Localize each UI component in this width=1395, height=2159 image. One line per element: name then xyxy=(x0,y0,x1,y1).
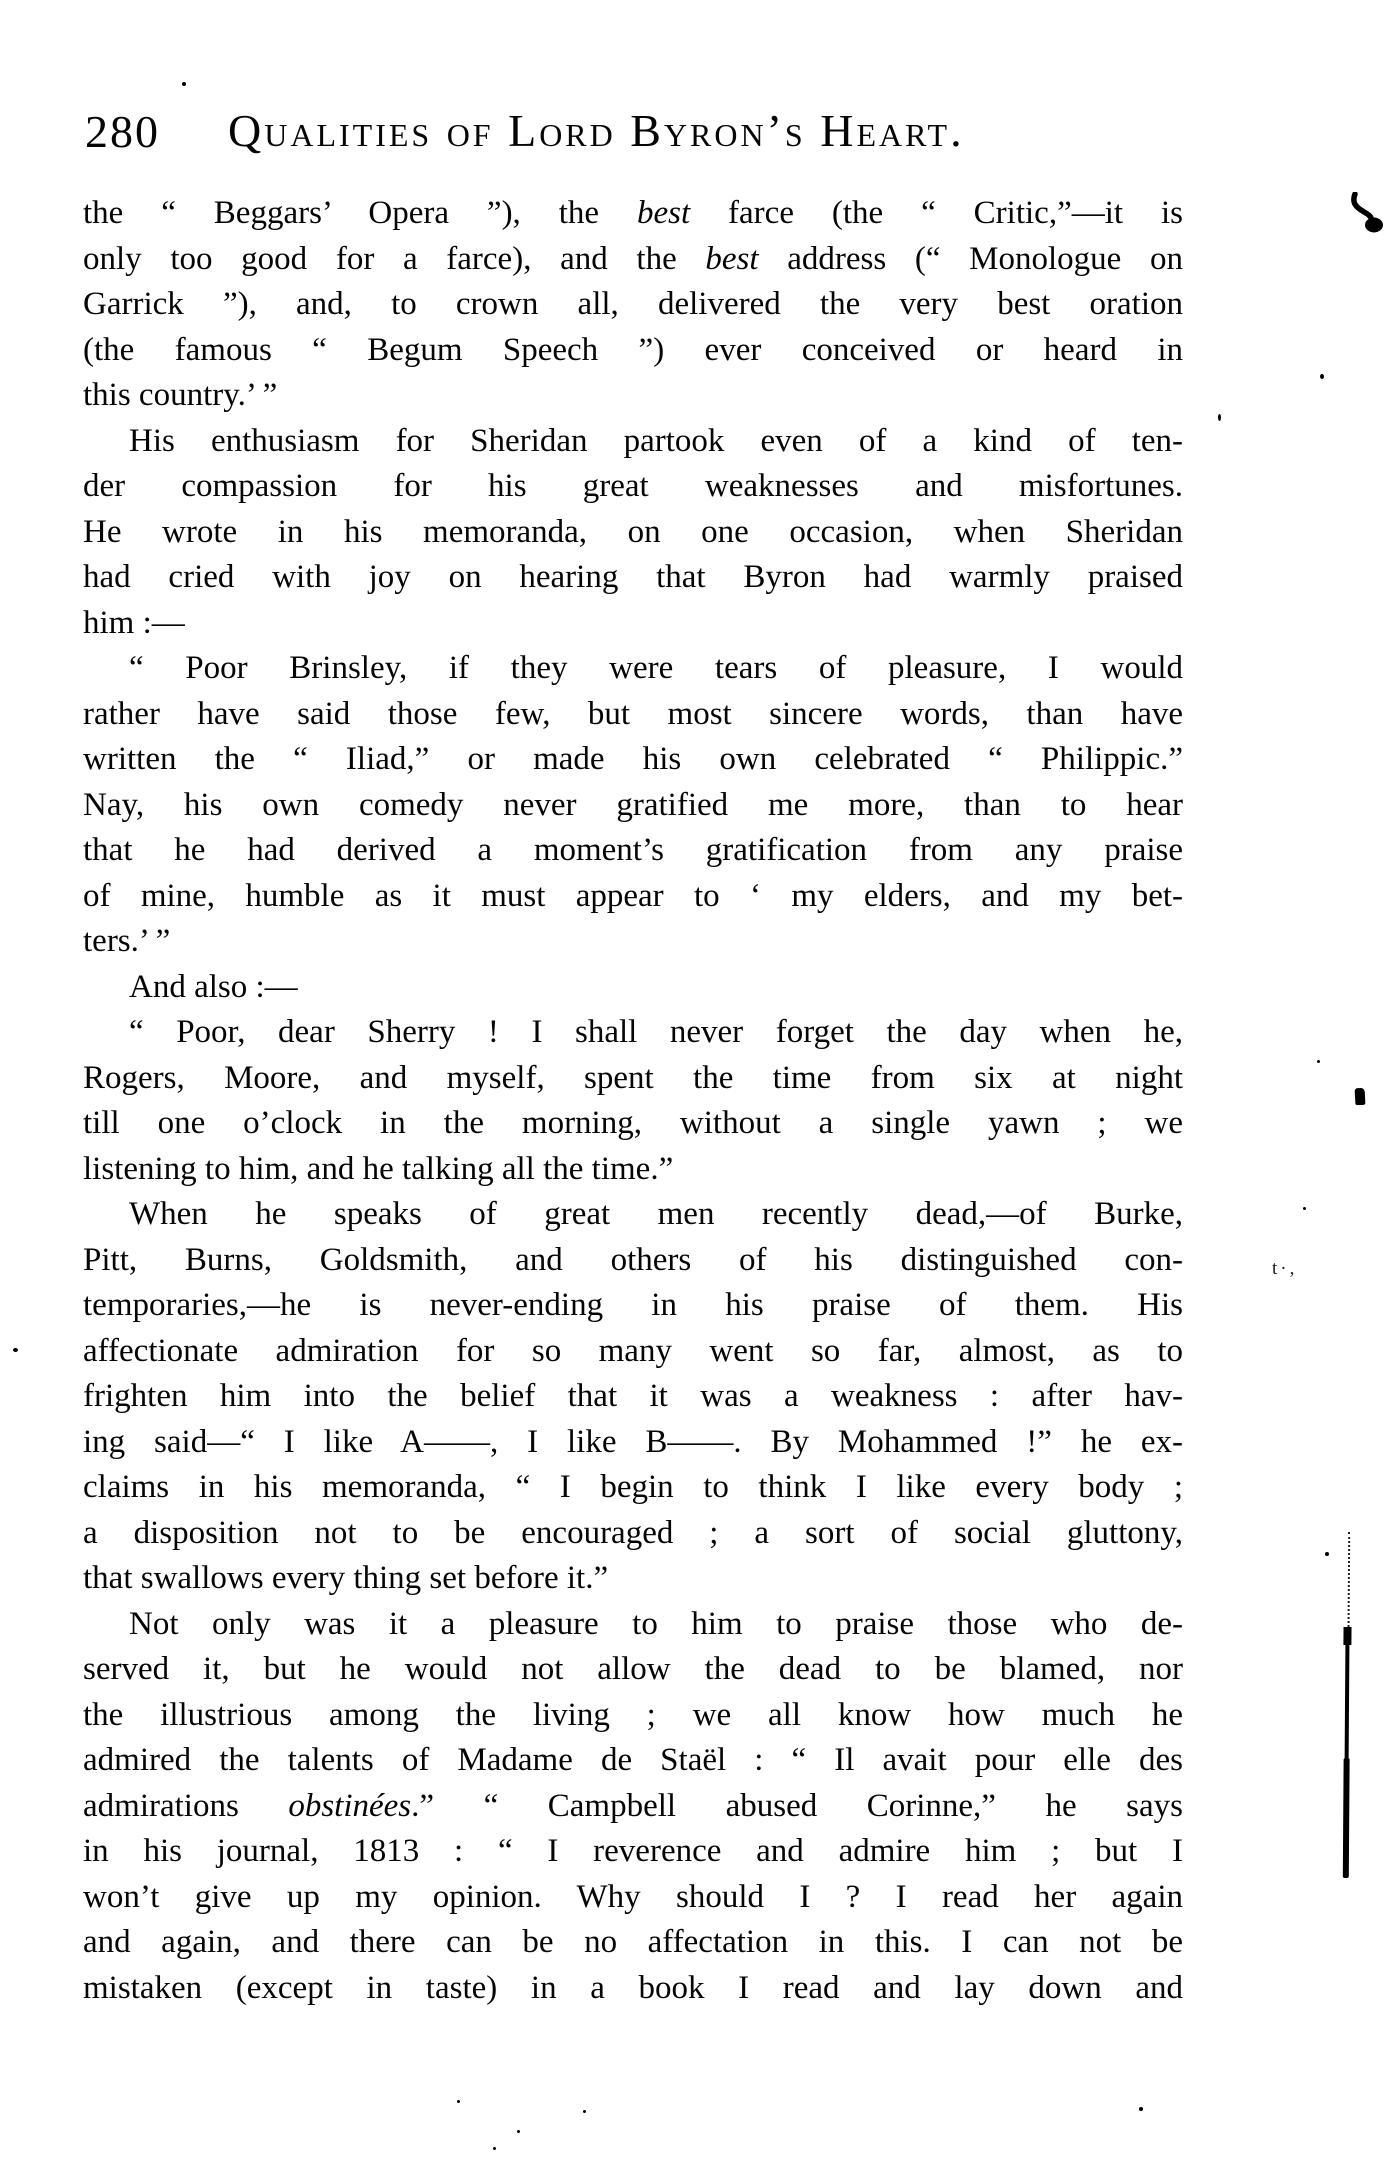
body-line: had cried with joy on hearing that Byron… xyxy=(83,555,1183,601)
text-segment: When he speaks of great men recently dea… xyxy=(129,1196,1183,1232)
text-segment: rather have said those few, but most sin… xyxy=(83,696,1183,732)
pen-comma-mark xyxy=(1355,1088,1366,1106)
body-line: Rogers, Moore, and myself, spent the tim… xyxy=(83,1056,1183,1102)
body-line: the illustrious among the living ; we al… xyxy=(83,1693,1183,1739)
text-segment: Not only was it a pleasure to him to pra… xyxy=(129,1606,1183,1642)
book-page: 280 Qualities of Lord Byron’s Heart. the… xyxy=(0,0,1395,2159)
text-segment: admired the talents of Madame de Staël :… xyxy=(83,1742,1183,1778)
body-line: a disposition not to be encouraged ; a s… xyxy=(83,1511,1183,1557)
text-segment: till one o’clock in the morning, without… xyxy=(83,1105,1183,1141)
ink-speck xyxy=(182,82,186,86)
body-line: of mine, humble as it must appear to ‘ m… xyxy=(83,874,1183,920)
text-segment: him :— xyxy=(83,605,185,641)
text-segment: “ Poor, dear Sherry ! I shall never forg… xyxy=(129,1014,1183,1050)
text-segment: der compassion for his great weaknesses … xyxy=(83,468,1183,504)
text-segment: that he had derived a moment’s gratifica… xyxy=(83,832,1183,868)
body-line: admired the talents of Madame de Staël :… xyxy=(83,1738,1183,1784)
text-segment: affectionate admiration for so many went… xyxy=(83,1333,1183,1369)
body-line: frighten him into the belief that it was… xyxy=(83,1374,1183,1420)
text-segment: of mine, humble as it must appear to ‘ m… xyxy=(83,878,1183,914)
italic-text: best xyxy=(637,195,690,231)
text-segment: address (“ Monologue on xyxy=(759,241,1183,277)
text-segment: He wrote in his memoranda, on one occasi… xyxy=(83,514,1183,550)
ink-speck xyxy=(517,2130,520,2133)
ink-streak-segment xyxy=(1343,1758,1350,1878)
body-line: When he speaks of great men recently dea… xyxy=(83,1192,1183,1238)
text-segment: Pitt, Burns, Goldsmith, and others of hi… xyxy=(83,1242,1183,1278)
text-segment: the illustrious among the living ; we al… xyxy=(83,1697,1183,1733)
pen-scribble: t·, xyxy=(1272,1258,1297,1280)
page-number: 280 xyxy=(85,108,160,156)
body-line: mistaken (except in taste) in a book I r… xyxy=(83,1966,1183,2012)
text-segment: mistaken (except in taste) in a book I r… xyxy=(83,1970,1183,2006)
text-segment: served it, but he would not allow the de… xyxy=(83,1651,1183,1687)
body-line: der compassion for his great weaknesses … xyxy=(83,464,1183,510)
body-line: Garrick ”), and, to crown all, delivered… xyxy=(83,282,1183,328)
text-segment: written the “ Iliad,” or made his own ce… xyxy=(83,741,1183,777)
body-line: that swallows every thing set before it.… xyxy=(83,1556,1183,1602)
text-segment: that swallows every thing set before it.… xyxy=(83,1560,608,1596)
text-segment: “ Poor Brinsley, if they were tears of p… xyxy=(129,650,1183,686)
body-line: listening to him, and he talking all the… xyxy=(83,1147,1183,1193)
ink-streak-segment xyxy=(1343,1627,1351,1645)
body-line: claims in his memoranda, “ I begin to th… xyxy=(83,1465,1183,1511)
text-segment: admirations xyxy=(83,1788,288,1824)
body-line: ing said—“ I like A——, I like B——. By Mo… xyxy=(83,1420,1183,1466)
body-line: written the “ Iliad,” or made his own ce… xyxy=(83,737,1183,783)
text-segment: Rogers, Moore, and myself, spent the tim… xyxy=(83,1060,1183,1096)
italic-text: best xyxy=(705,241,758,277)
body-line: His enthusiasm for Sheridan partook even… xyxy=(83,419,1183,465)
body-line: and again, and there can be no affectati… xyxy=(83,1920,1183,1966)
body-line: won’t give up my opinion. Why should I ?… xyxy=(83,1875,1183,1921)
body-line: served it, but he would not allow the de… xyxy=(83,1647,1183,1693)
ink-speck xyxy=(457,2100,460,2103)
ink-streak-segment xyxy=(1348,1532,1351,1627)
text-segment: ing said—“ I like A——, I like B——. By Mo… xyxy=(83,1424,1183,1460)
text-segment: ters.’ ” xyxy=(83,923,170,959)
text-segment: and again, and there can be no affectati… xyxy=(83,1924,1183,1960)
body-line: admirations obstinées.” “ Campbell abuse… xyxy=(83,1784,1183,1830)
text-segment: this country.’ ” xyxy=(83,377,277,413)
text-segment: Garrick ”), and, to crown all, delivered… xyxy=(83,286,1183,322)
text-segment: a disposition not to be encouraged ; a s… xyxy=(83,1515,1183,1551)
ink-speck xyxy=(1320,374,1324,379)
ink-streak xyxy=(1341,1532,1353,1878)
body-line: And also :— xyxy=(83,965,1183,1011)
body-line: rather have said those few, but most sin… xyxy=(83,692,1183,738)
italic-text: obstinées xyxy=(288,1788,411,1824)
text-segment: won’t give up my opinion. Why should I ?… xyxy=(83,1879,1183,1915)
text-segment: farce (the “ Critic,”—it is xyxy=(690,195,1183,231)
text-segment: claims in his memoranda, “ I begin to th… xyxy=(83,1469,1183,1505)
body-line: the “ Beggars’ Opera ”), the best farce … xyxy=(83,191,1183,237)
body-line: “ Poor Brinsley, if they were tears of p… xyxy=(83,646,1183,692)
body-line: only too good for a farce), and the best… xyxy=(83,237,1183,283)
text-segment: temporaries,—he is never-ending in his p… xyxy=(83,1287,1183,1323)
ink-speck xyxy=(583,2110,586,2113)
ink-speck xyxy=(1139,2107,1143,2111)
text-segment: His enthusiasm for Sheridan partook even… xyxy=(129,423,1183,459)
body-line: Nay, his own comedy never gratified me m… xyxy=(83,783,1183,829)
text-segment: And also :— xyxy=(129,969,298,1005)
body-line: affectionate admiration for so many went… xyxy=(83,1329,1183,1375)
body-line: till one o’clock in the morning, without… xyxy=(83,1101,1183,1147)
text-segment: (the famous “ Begum Speech ”) ever conce… xyxy=(83,332,1183,368)
ink-speck xyxy=(1317,1060,1320,1063)
ink-speck xyxy=(1218,414,1221,421)
pen-hook-mark xyxy=(1346,192,1384,239)
text-segment: .” “ Campbell abused Corinne,” he says xyxy=(411,1788,1183,1824)
body-line: temporaries,—he is never-ending in his p… xyxy=(83,1283,1183,1329)
text-segment: only too good for a farce), and the xyxy=(83,241,705,277)
body-line: in his journal, 1813 : “ I reverence and… xyxy=(83,1829,1183,1875)
text-segment: listening to him, and he talking all the… xyxy=(83,1151,673,1187)
body-line: this country.’ ” xyxy=(83,373,1183,419)
running-title: Qualities of Lord Byron’s Heart. xyxy=(228,106,965,156)
body-line: (the famous “ Begum Speech ”) ever conce… xyxy=(83,328,1183,374)
body-line: “ Poor, dear Sherry ! I shall never forg… xyxy=(83,1010,1183,1056)
body-line: ters.’ ” xyxy=(83,919,1183,965)
text-segment: in his journal, 1813 : “ I reverence and… xyxy=(83,1833,1183,1869)
body-line: him :— xyxy=(83,601,1183,647)
ink-speck xyxy=(1325,1552,1329,1556)
pen-hook-icon xyxy=(1346,192,1384,234)
text-segment: the “ Beggars’ Opera ”), the xyxy=(83,195,637,231)
body-line: Not only was it a pleasure to him to pra… xyxy=(83,1602,1183,1648)
ink-speck xyxy=(493,2147,496,2150)
text-segment: frighten him into the belief that it was… xyxy=(83,1378,1183,1414)
body-line: Pitt, Burns, Goldsmith, and others of hi… xyxy=(83,1238,1183,1284)
body-text: the “ Beggars’ Opera ”), the best farce … xyxy=(83,191,1183,2011)
text-segment: had cried with joy on hearing that Byron… xyxy=(83,559,1183,595)
ink-streak-segment xyxy=(1345,1645,1350,1758)
text-segment: Nay, his own comedy never gratified me m… xyxy=(83,787,1183,823)
ink-speck xyxy=(1303,1207,1306,1210)
body-line: that he had derived a moment’s gratifica… xyxy=(83,828,1183,874)
ink-speck xyxy=(13,1348,18,1352)
body-line: He wrote in his memoranda, on one occasi… xyxy=(83,510,1183,556)
